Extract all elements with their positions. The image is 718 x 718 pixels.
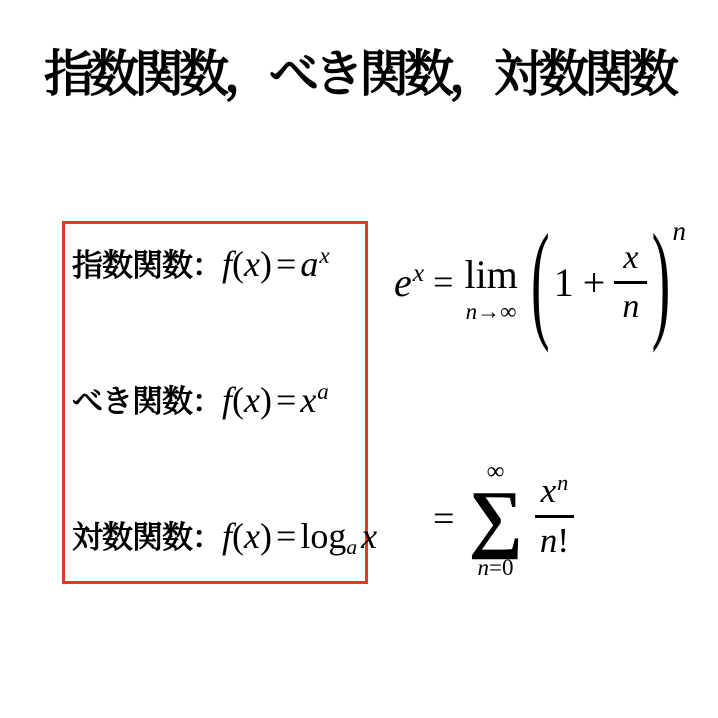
math-equals: = (276, 380, 296, 420)
fraction-denominator: n! (540, 518, 569, 561)
e-to-the-x: ex (394, 259, 424, 306)
limit-operator: lim n→∞ (464, 255, 517, 323)
math-f: f (222, 380, 232, 420)
logarithm-formula: f(x)=logax (222, 515, 377, 558)
math-base-a: a (300, 244, 318, 284)
math-zero: 0 (502, 555, 514, 580)
math-exponent-x: x (319, 242, 329, 268)
math-rparen: ) (260, 244, 272, 284)
equals-sign: = (433, 497, 454, 541)
math-lparen: ( (232, 516, 244, 556)
math-equals: = (276, 244, 296, 284)
infinity-symbol: ∞ (500, 299, 516, 324)
exponential-formula: f(x)=ax (222, 243, 330, 286)
plus-sign: + (583, 259, 606, 306)
logarithm-definition-row: 対数関数： f(x)=logax (72, 512, 377, 558)
math-rparen: ) (260, 516, 272, 556)
math-e: e (394, 260, 412, 305)
math-x: x (244, 244, 260, 284)
math-exp-x: x (413, 258, 424, 287)
fraction-denominator: n (622, 284, 639, 326)
math-equals: = (489, 555, 502, 580)
math-lparen: ( (232, 380, 244, 420)
math-f: f (222, 244, 232, 284)
sigma-symbol: ∑ (468, 484, 522, 554)
power-formula: f(x)=xa (222, 379, 329, 422)
math-log-arg-x: x (361, 516, 377, 556)
equals-sign: = (433, 261, 453, 303)
math-one: 1 (554, 259, 574, 306)
xn-over-nfact-fraction: xn n! (535, 472, 575, 560)
euler-limit-formula: ex = lim n→∞ ( 1 + x n ) n (394, 208, 686, 356)
slide: 指数関数，べき関数，対数関数 指数関数： f(x)=ax べき関数： f(x)=… (0, 0, 718, 718)
math-exponent-a: a (317, 378, 329, 404)
summation-operator: ∞ ∑ n=0 (468, 459, 522, 580)
slide-title: 指数関数，べき関数，対数関数 (0, 34, 718, 106)
fraction-numerator: x (614, 238, 647, 283)
math-n: n (540, 521, 558, 560)
power-label: べき関数： (72, 376, 222, 421)
math-exp-n: n (557, 470, 568, 495)
outer-exponent-n: n (672, 216, 686, 247)
math-log-base-a: a (346, 535, 357, 559)
math-equals: = (276, 516, 296, 556)
paren-contents: 1 + x n (554, 238, 648, 325)
series-formula: = ∞ ∑ n=0 xn n! (433, 438, 574, 600)
logarithm-label: 対数関数： (72, 512, 222, 557)
power-definition-row: べき関数： f(x)=xa (72, 376, 329, 422)
fraction-numerator: xn (535, 472, 575, 518)
math-x: x (541, 471, 557, 510)
math-base-x: x (300, 380, 316, 420)
math-x: x (244, 516, 260, 556)
arrow-icon: → (477, 299, 500, 324)
math-x: x (244, 380, 260, 420)
math-log: log (300, 516, 346, 556)
exponential-definition-row: 指数関数： f(x)=ax (72, 240, 330, 286)
big-close-paren: ) (652, 212, 669, 352)
definition-box: 指数関数： f(x)=ax べき関数： f(x)=xa 対数関数： f(x)=l… (62, 221, 368, 584)
lim-word: lim (464, 255, 517, 295)
math-f: f (222, 516, 232, 556)
x-over-n-fraction: x n (614, 238, 647, 325)
math-n: n (466, 299, 478, 324)
math-rparen: ) (260, 380, 272, 420)
summation-lower-limit: n=0 (478, 556, 514, 579)
math-lparen: ( (232, 244, 244, 284)
factorial-sign: ! (557, 521, 569, 560)
math-n: n (478, 555, 490, 580)
limit-subscript: n→∞ (466, 300, 517, 323)
exponential-label: 指数関数： (72, 240, 222, 285)
big-open-paren: ( (532, 212, 549, 352)
